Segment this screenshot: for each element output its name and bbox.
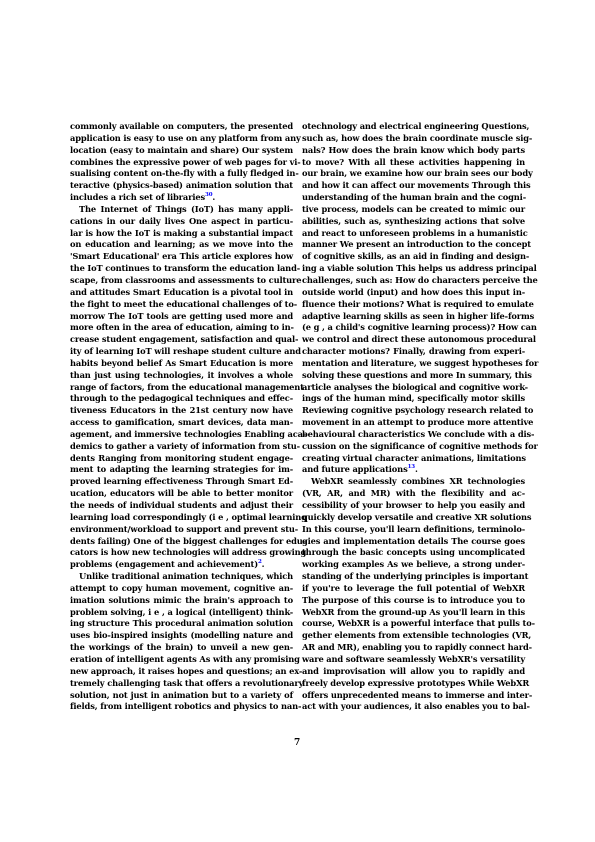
line-text: cussion on the significance of cognitive… <box>302 441 538 451</box>
line-punctuation: . <box>212 192 215 202</box>
text-line: WebXR from the ground-up As you'll learn… <box>302 607 525 619</box>
line-text: AR and MR), enabling you to rapidly conn… <box>302 642 532 652</box>
line-text: the needs of individual students and adj… <box>70 500 293 510</box>
document-page: commonly available on computers, the pre… <box>0 0 595 842</box>
text-line: solution, not just in animation but to a… <box>70 690 293 702</box>
line-text: 'Smart Educational' era This article exp… <box>70 251 293 261</box>
line-text: standing of the underlying principles is… <box>302 571 528 581</box>
line-text: The purpose of this course is to introdu… <box>302 595 525 605</box>
line-text: tiveness Educators in the 21st century n… <box>70 405 293 415</box>
line-text: behavioural characteristics We conclude … <box>302 429 534 439</box>
text-line: The purpose of this course is to introdu… <box>302 595 525 607</box>
line-text: through the basic concepts using uncompl… <box>302 547 525 557</box>
line-text: quickly develop versatile and creative X… <box>302 512 531 522</box>
line-text: tremely challenging task that offers a r… <box>70 678 303 688</box>
page-number: 7 <box>294 738 300 748</box>
text-line: gies and implementation details The cour… <box>302 536 525 548</box>
text-line: tiveness Educators in the 21st century n… <box>70 405 293 417</box>
line-text: WebXR seamlessly combines XR technologie… <box>311 476 525 486</box>
text-line: article analyses the biological and cogn… <box>302 382 525 394</box>
text-line: understanding of the human brain and the… <box>302 192 525 204</box>
line-text: The Internet of Things (IoT) has many ap… <box>79 204 293 214</box>
text-line: ity of learning IoT will reshape student… <box>70 346 293 358</box>
line-text: nals? How does the brain know which body… <box>302 145 525 155</box>
line-text: gies and implementation details The cour… <box>302 536 525 546</box>
line-text: ing a viable solution This helps us addr… <box>302 263 537 273</box>
line-text: fluence their motions? What is required … <box>302 299 534 309</box>
text-line: standing of the underlying principles is… <box>302 571 525 583</box>
right-column: otechnology and electrical engineering Q… <box>302 121 525 713</box>
line-text: of cognitive skills, as an aid in findin… <box>302 251 529 261</box>
line-text: cations in our daily lives One aspect in… <box>70 216 293 226</box>
line-punctuation: . <box>415 464 418 474</box>
line-text: application is easy to use on any platfo… <box>70 133 301 143</box>
text-line: dents failing) One of the biggest challe… <box>70 536 293 548</box>
text-line: imation solutions mimic the brain's appr… <box>70 595 293 607</box>
line-text: (VR, AR, and MR) with the flexibility an… <box>302 488 525 498</box>
line-text: if you're to leverage the full potential… <box>302 583 525 593</box>
text-line: application is easy to use on any platfo… <box>70 133 293 145</box>
line-text: movement in an attempt to produce more a… <box>302 417 533 427</box>
line-text: to move? With all these activities happe… <box>302 157 525 167</box>
line-text: range of factors, from the educational m… <box>70 382 304 392</box>
line-text: Unlike traditional animation techniques,… <box>79 571 293 581</box>
line-text: and attitudes Smart Education is a pivot… <box>70 287 293 297</box>
text-line: character motions? Finally, drawing from… <box>302 346 525 358</box>
line-text: the fight to meet the educational challe… <box>70 299 297 309</box>
text-line: through the basic concepts using uncompl… <box>302 547 525 559</box>
text-line: attempt to copy human movement, cognitiv… <box>70 583 293 595</box>
text-line: problems (engagement and achievement)2. <box>70 559 293 571</box>
text-line: abilities, such as, synthesizing actions… <box>302 216 525 228</box>
line-text: access to gamification, smart devices, d… <box>70 417 293 427</box>
line-text: working examples As we believe, a strong… <box>302 559 525 569</box>
text-line: if you're to leverage the full potential… <box>302 583 525 595</box>
text-line: quickly develop versatile and creative X… <box>302 512 525 524</box>
text-line: through to the pedagogical techniques an… <box>70 393 293 405</box>
text-line: eration of intelligent agents As with an… <box>70 654 293 666</box>
line-text: habits beyond belief As Smart Education … <box>70 358 293 368</box>
text-line: tremely challenging task that offers a r… <box>70 678 293 690</box>
line-text: offers unprecedented means to immerse an… <box>302 690 532 700</box>
text-line: adaptive learning skills as seen in high… <box>302 311 525 323</box>
text-line: In this course, you'll learn definitions… <box>302 524 525 536</box>
text-line: of cognitive skills, as an aid in findin… <box>302 251 525 263</box>
text-line: range of factors, from the educational m… <box>70 382 293 394</box>
line-text: crease student engagement, satisfaction … <box>70 334 298 344</box>
line-text: includes a rich set of libraries <box>70 192 205 202</box>
line-text: dents failing) One of the biggest challe… <box>70 536 306 546</box>
line-text: than just using technologies, it involve… <box>70 370 293 380</box>
line-text: problem solving, i e , a logical (intell… <box>70 607 293 617</box>
text-line: more often in the area of education, aim… <box>70 322 293 334</box>
text-line: freely develop expressive prototypes Whi… <box>302 678 525 690</box>
text-line: teractive (physics-based) animation solu… <box>70 180 293 192</box>
line-text: tive process, models can be created to m… <box>302 204 525 214</box>
left-column: commonly available on computers, the pre… <box>70 121 293 713</box>
line-text: gether elements from extensible technolo… <box>302 630 531 640</box>
line-text: article analyses the biological and cogn… <box>302 382 528 392</box>
line-text: sualising content on-the-fly with a full… <box>70 168 299 178</box>
text-line: gether elements from extensible technolo… <box>302 630 525 642</box>
text-line: ing a viable solution This helps us addr… <box>302 263 525 275</box>
line-text: outside world (input) and how does this … <box>302 287 525 297</box>
line-text: the workings of the brain) to unveil a n… <box>70 642 293 652</box>
text-line: includes a rich set of libraries30. <box>70 192 293 204</box>
text-line: the IoT continues to transform the educa… <box>70 263 293 275</box>
text-line: dents Ranging from monitoring student en… <box>70 453 293 465</box>
text-line: problem solving, i e , a logical (intell… <box>70 607 293 619</box>
line-text: eration of intelligent agents As with an… <box>70 654 300 664</box>
text-line: morrow The IoT tools are getting used mo… <box>70 311 293 323</box>
text-line: cussion on the significance of cognitive… <box>302 441 525 453</box>
text-line: location (easy to maintain and share) Ou… <box>70 145 293 157</box>
text-line: WebXR seamlessly combines XR technologie… <box>302 476 525 488</box>
text-line: demics to gather a variety of informatio… <box>70 441 293 453</box>
text-line: the workings of the brain) to unveil a n… <box>70 642 293 654</box>
line-text: ment to adapting the learning strategies… <box>70 464 293 474</box>
line-text: (e g , a child's cognitive learning proc… <box>302 322 537 332</box>
text-line: the fight to meet the educational challe… <box>70 299 293 311</box>
text-line: ing structure This procedural animation … <box>70 618 293 630</box>
line-text: creating virtual character animations, l… <box>302 453 526 463</box>
text-line: environment/workload to support and prev… <box>70 524 293 536</box>
text-line: to move? With all these activities happe… <box>302 157 525 169</box>
text-line: crease student engagement, satisfaction … <box>70 334 293 346</box>
text-line: challenges, such as: How do characters p… <box>302 275 525 287</box>
line-text: act with your audiences, it also enables… <box>302 701 530 711</box>
text-line: than just using technologies, it involve… <box>70 370 293 382</box>
line-text: scape, from classrooms and assessments t… <box>70 275 301 285</box>
text-line: tive process, models can be created to m… <box>302 204 525 216</box>
text-line: and improvisation will allow you to rapi… <box>302 666 525 678</box>
text-line: uses bio-inspired insights (modelling na… <box>70 630 293 642</box>
line-text: solution, not just in animation but to a… <box>70 690 293 700</box>
line-text: and future applications <box>302 464 408 474</box>
text-line: offers unprecedented means to immerse an… <box>302 690 525 702</box>
text-line: movement in an attempt to produce more a… <box>302 417 525 429</box>
text-line: we control and direct these autonomous p… <box>302 334 525 346</box>
text-line: agement, and immersive technologies Enab… <box>70 429 293 441</box>
line-text: cessibility of your browser to help you … <box>302 500 525 510</box>
text-line: scape, from classrooms and assessments t… <box>70 275 293 287</box>
text-line: ucation, educators will be able to bette… <box>70 488 293 500</box>
line-text: our brain, we examine how our brain sees… <box>302 168 533 178</box>
line-text: commonly available on computers, the pre… <box>70 121 293 131</box>
line-text: WebXR from the ground-up As you'll learn… <box>302 607 525 617</box>
line-text: learning load correspondingly (i e , opt… <box>70 512 307 522</box>
line-text: environment/workload to support and prev… <box>70 524 298 534</box>
line-text: demics to gather a variety of informatio… <box>70 441 300 451</box>
line-text: abilities, such as, synthesizing actions… <box>302 216 525 226</box>
text-line: (e g , a child's cognitive learning proc… <box>302 322 525 334</box>
line-text: character motions? Finally, drawing from… <box>302 346 525 356</box>
line-text: manner We present an introduction to the… <box>302 239 531 249</box>
line-text: problems (engagement and achievement) <box>70 559 258 569</box>
line-text: ing structure This procedural animation … <box>70 618 293 628</box>
citation-link[interactable]: 13 <box>408 465 415 471</box>
text-line: outside world (input) and how does this … <box>302 287 525 299</box>
text-line: cessibility of your browser to help you … <box>302 500 525 512</box>
text-line: and how it can affect our movements Thro… <box>302 180 525 192</box>
text-line: ment to adapting the learning strategies… <box>70 464 293 476</box>
line-text: course, WebXR is a powerful interface th… <box>302 618 535 628</box>
text-line: on education and learning; as we move in… <box>70 239 293 251</box>
line-text: lar is how the IoT is making a substanti… <box>70 228 293 238</box>
text-line: (VR, AR, and MR) with the flexibility an… <box>302 488 525 500</box>
text-line: course, WebXR is a powerful interface th… <box>302 618 525 630</box>
line-text: freely develop expressive prototypes Whi… <box>302 678 529 688</box>
text-line: manner We present an introduction to the… <box>302 239 525 251</box>
line-text: fields, from intelligent robotics and ph… <box>70 701 301 711</box>
text-line: the needs of individual students and adj… <box>70 500 293 512</box>
line-text: new approach, it raises hopes and questi… <box>70 666 302 676</box>
text-line: otechnology and electrical engineering Q… <box>302 121 525 133</box>
text-line: cations in our daily lives One aspect in… <box>70 216 293 228</box>
text-line: ings of the human mind, specifically mot… <box>302 393 525 405</box>
text-line: fields, from intelligent robotics and ph… <box>70 701 293 713</box>
text-line: proved learning effectiveness Through Sm… <box>70 476 293 488</box>
line-text: through to the pedagogical techniques an… <box>70 393 293 403</box>
line-text: ings of the human mind, specifically mot… <box>302 393 525 403</box>
text-line: AR and MR), enabling you to rapidly conn… <box>302 642 525 654</box>
line-text: agement, and immersive technologies Enab… <box>70 429 306 439</box>
line-text: attempt to copy human movement, cognitiv… <box>70 583 293 593</box>
line-text: mentation and literature, we suggest hyp… <box>302 358 538 368</box>
text-line: new approach, it raises hopes and questi… <box>70 666 293 678</box>
line-text: challenges, such as: How do characters p… <box>302 275 538 285</box>
text-line: and attitudes Smart Education is a pivot… <box>70 287 293 299</box>
text-line: working examples As we believe, a strong… <box>302 559 525 571</box>
line-text: adaptive learning skills as seen in high… <box>302 311 534 321</box>
line-text: dents Ranging from monitoring student en… <box>70 453 293 463</box>
line-text: the IoT continues to transform the educa… <box>70 263 300 273</box>
text-line: lar is how the IoT is making a substanti… <box>70 228 293 240</box>
text-line: commonly available on computers, the pre… <box>70 121 293 133</box>
text-line: act with your audiences, it also enables… <box>302 701 525 713</box>
text-line: creating virtual character animations, l… <box>302 453 525 465</box>
text-line: 'Smart Educational' era This article exp… <box>70 251 293 263</box>
line-text: proved learning effectiveness Through Sm… <box>70 476 293 486</box>
line-text: location (easy to maintain and share) Ou… <box>70 145 293 155</box>
text-line: mentation and literature, we suggest hyp… <box>302 358 525 370</box>
text-line: fluence their motions? What is required … <box>302 299 525 311</box>
line-text: teractive (physics-based) animation solu… <box>70 180 293 190</box>
line-text: Reviewing cognitive psychology research … <box>302 405 533 415</box>
line-text: morrow The IoT tools are getting used mo… <box>70 311 293 321</box>
text-line: The Internet of Things (IoT) has many ap… <box>70 204 293 216</box>
line-text: uses bio-inspired insights (modelling na… <box>70 630 293 640</box>
line-text: cators is how new technologies will addr… <box>70 547 306 557</box>
line-text: more often in the area of education, aim… <box>70 322 294 332</box>
text-line: our brain, we examine how our brain sees… <box>302 168 525 180</box>
text-line: such as, how does the brain coordinate m… <box>302 133 525 145</box>
text-line: Unlike traditional animation techniques,… <box>70 571 293 583</box>
text-line: learning load correspondingly (i e , opt… <box>70 512 293 524</box>
line-punctuation: . <box>262 559 265 569</box>
text-line: and react to unforeseen problems in a hu… <box>302 228 525 240</box>
text-line: combines the expressive power of web pag… <box>70 157 293 169</box>
line-text: ware and software seamlessly WebXR's ver… <box>302 654 525 664</box>
line-text: and how it can affect our movements Thro… <box>302 180 531 190</box>
line-text: and improvisation will allow you to rapi… <box>302 666 525 676</box>
text-line: nals? How does the brain know which body… <box>302 145 525 157</box>
line-text: In this course, you'll learn definitions… <box>302 524 525 534</box>
line-text: solving these questions and more In summ… <box>302 370 532 380</box>
text-line: cators is how new technologies will addr… <box>70 547 293 559</box>
line-text: ucation, educators will be able to bette… <box>70 488 293 498</box>
text-line: behavioural characteristics We conclude … <box>302 429 525 441</box>
text-line: habits beyond belief As Smart Education … <box>70 358 293 370</box>
line-text: we control and direct these autonomous p… <box>302 334 536 344</box>
text-line: access to gamification, smart devices, d… <box>70 417 293 429</box>
text-line: sualising content on-the-fly with a full… <box>70 168 293 180</box>
line-text: imation solutions mimic the brain's appr… <box>70 595 293 605</box>
line-text: and react to unforeseen problems in a hu… <box>302 228 528 238</box>
line-text: combines the expressive power of web pag… <box>70 157 301 167</box>
text-line: Reviewing cognitive psychology research … <box>302 405 525 417</box>
text-line: ware and software seamlessly WebXR's ver… <box>302 654 525 666</box>
line-text: understanding of the human brain and the… <box>302 192 526 202</box>
text-line: solving these questions and more In summ… <box>302 370 525 382</box>
line-text: ity of learning IoT will reshape student… <box>70 346 301 356</box>
line-text: otechnology and electrical engineering Q… <box>302 121 529 131</box>
line-text: such as, how does the brain coordinate m… <box>302 133 532 143</box>
line-text: on education and learning; as we move in… <box>70 239 293 249</box>
text-line: and future applications13. <box>302 464 525 476</box>
